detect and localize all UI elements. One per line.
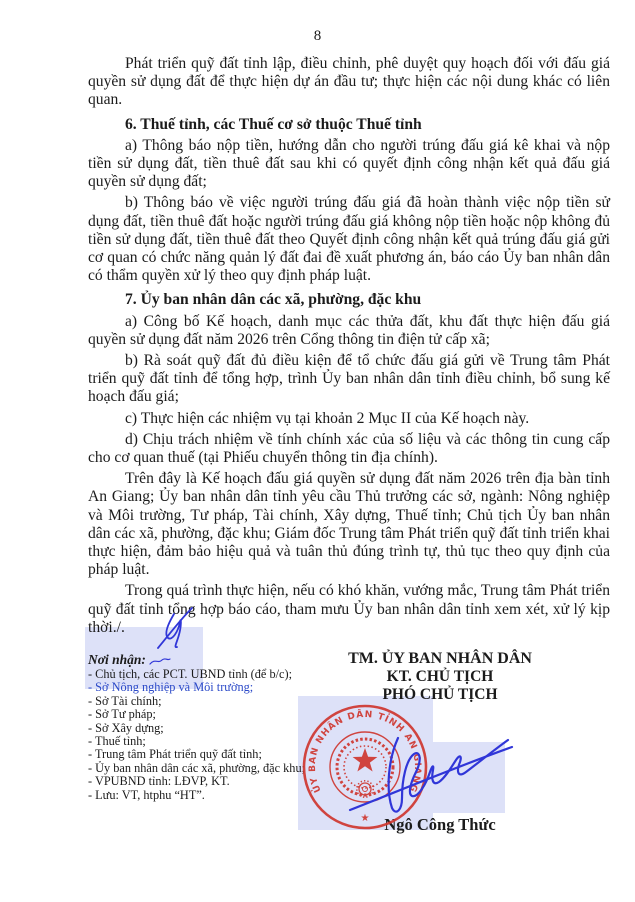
recipients-label: Nơi nhận: — [88, 652, 338, 668]
document-body: Phát triển quỹ đất tỉnh lập, điều chỉnh,… — [88, 55, 610, 637]
section-7-item-d: d) Chịu trách nhiệm về tính chính xác củ… — [88, 431, 610, 467]
section-7-item-c: c) Thực hiện các nhiệm vụ tại khoản 2 Mụ… — [88, 410, 610, 428]
document-page: 8 Phát triển quỹ đất tỉnh lập, điều chỉn… — [0, 0, 635, 902]
signature-authority-line-2: KT. CHỦ TỊCH — [310, 668, 570, 686]
section-6-item-b: b) Thông báo về việc người trúng đấu giá… — [88, 194, 610, 285]
recipient-line: - Sở Nông nghiệp và Môi trường; — [88, 681, 338, 694]
signature-authority-line-3: PHÓ CHỦ TỊCH — [310, 686, 570, 704]
section-6-heading: 6. Thuế tỉnh, các Thuế cơ sở thuộc Thuế … — [88, 116, 610, 134]
recipient-line: - Chủ tịch, các PCT. UBND tỉnh (để b/c); — [88, 668, 338, 681]
recipients-label-text: Nơi nhận: — [88, 652, 146, 667]
signature-authority-block: TM. ỦY BAN NHÂN DÂN KT. CHỦ TỊCH PHÓ CHỦ… — [310, 650, 570, 703]
body-paragraph-continuation: Phát triển quỹ đất tỉnh lập, điều chỉnh,… — [88, 55, 610, 110]
signature — [336, 720, 521, 820]
approval-paraph — [148, 604, 200, 652]
section-7-heading: 7. Ủy ban nhân dân các xã, phường, đặc k… — [88, 291, 610, 309]
closing-paragraph-1: Trên đây là Kế hoạch đấu giá quyền sử dụ… — [88, 470, 610, 579]
recipients-paraph — [148, 655, 172, 667]
signature-authority-line-1: TM. ỦY BAN NHÂN DÂN — [310, 650, 570, 668]
page-number: 8 — [0, 28, 635, 45]
section-7-item-b: b) Rà soát quỹ đất đủ điều kiện để tổ ch… — [88, 352, 610, 407]
section-6-item-a: a) Thông báo nộp tiền, hướng dẫn cho ngư… — [88, 137, 610, 192]
section-7-item-a: a) Công bố Kế hoạch, danh mục các thửa đ… — [88, 313, 610, 349]
